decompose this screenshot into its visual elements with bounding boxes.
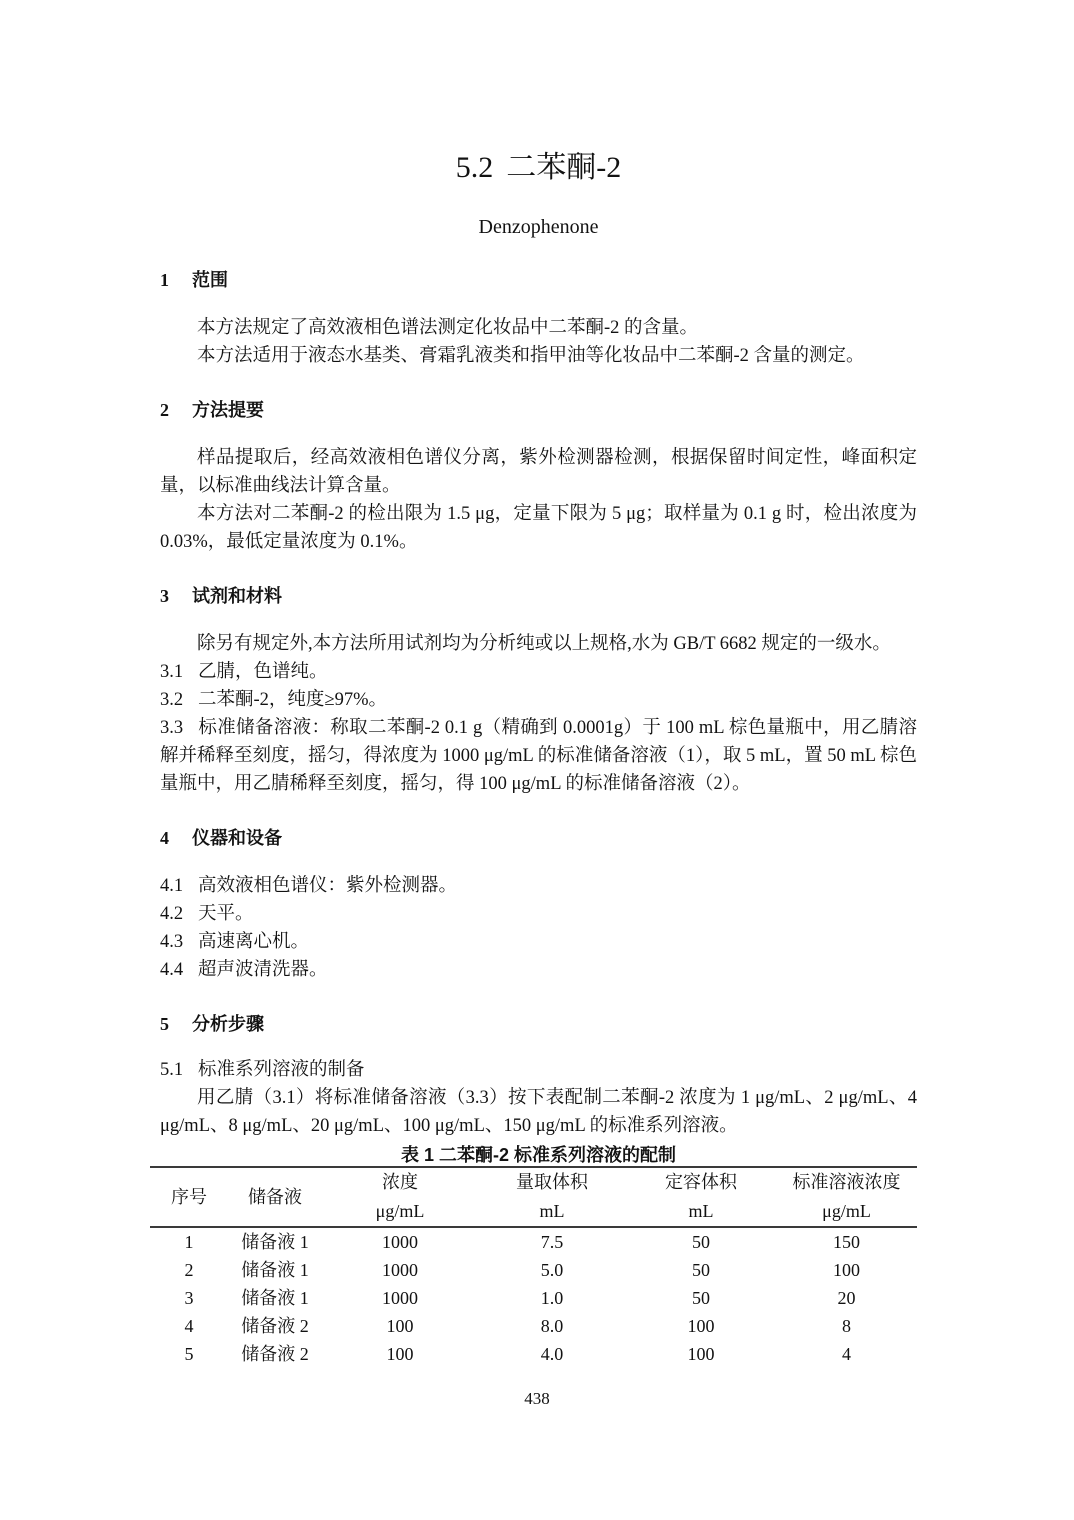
cell-standard-concentration: 8 bbox=[776, 1312, 917, 1340]
item-number: 3.3 bbox=[160, 714, 184, 742]
list-item: 3.2二苯酮-2，纯度≥97%。 bbox=[160, 686, 917, 714]
subsection-heading: 5.1标准系列溶液的制备 bbox=[160, 1056, 917, 1084]
column-unit-concentration: μg/mL bbox=[322, 1197, 478, 1227]
table-caption: 表 1 二苯酮-2 标准系列溶液的配制 bbox=[160, 1144, 917, 1166]
item-number: 4.2 bbox=[160, 900, 184, 928]
cell-volume-taken: 8.0 bbox=[478, 1312, 626, 1340]
page-title: 5.2二苯酮-2 bbox=[160, 148, 917, 188]
section-number: 5 bbox=[160, 1012, 178, 1036]
column-header-final-volume: 定容体积 bbox=[626, 1167, 776, 1197]
item-text: 乙腈，色谱纯。 bbox=[198, 662, 328, 682]
section-number: 1 bbox=[160, 268, 178, 292]
column-header-volume-taken: 量取体积 bbox=[478, 1167, 626, 1197]
paragraph: 本方法规定了高效液相色谱法测定化妆品中二苯酮-2 的含量。 bbox=[160, 314, 917, 342]
item-number: 3.2 bbox=[160, 686, 184, 714]
section-procedure-body: 5.1标准系列溶液的制备 用乙腈（3.1）将标准储备溶液（3.3）按下表配制二苯… bbox=[160, 1056, 917, 1140]
column-header-standard-concentration: 标准溶液浓度 bbox=[776, 1167, 917, 1197]
paragraph: 本方法对二苯酮-2 的检出限为 1.5 μg，定量下限为 5 μg；取样量为 0… bbox=[160, 500, 917, 556]
cell-final-volume: 50 bbox=[626, 1256, 776, 1284]
section-title: 范围 bbox=[192, 270, 228, 290]
column-header-concentration: 浓度 bbox=[322, 1167, 478, 1197]
list-item: 4.2天平。 bbox=[160, 900, 917, 928]
cell-final-volume: 100 bbox=[626, 1312, 776, 1340]
table-row: 4 储备液 2 100 8.0 100 8 bbox=[150, 1312, 917, 1340]
cell-concentration: 100 bbox=[322, 1340, 478, 1368]
item-text: 超声波清洗器。 bbox=[198, 960, 328, 980]
cell-final-volume: 50 bbox=[626, 1284, 776, 1312]
cell-index: 1 bbox=[150, 1227, 228, 1256]
cell-volume-taken: 5.0 bbox=[478, 1256, 626, 1284]
list-item: 4.4超声波清洗器。 bbox=[160, 956, 917, 984]
section-summary-body: 样品提取后，经高效液相色谱仪分离，紫外检测器检测，根据保留时间定性，峰面积定量，… bbox=[160, 444, 917, 556]
table-row: 5 储备液 2 100 4.0 100 4 bbox=[150, 1340, 917, 1368]
item-text: 高效液相色谱仪：紫外检测器。 bbox=[198, 876, 457, 896]
section-title: 分析步骤 bbox=[192, 1014, 264, 1034]
cell-standard-concentration: 150 bbox=[776, 1227, 917, 1256]
item-text: 天平。 bbox=[198, 904, 254, 924]
cell-stock: 储备液 2 bbox=[228, 1340, 322, 1368]
item-number: 3.1 bbox=[160, 658, 184, 686]
list-item: 4.1高效液相色谱仪：紫外检测器。 bbox=[160, 872, 917, 900]
document-page: 5.2二苯酮-2 Denzophenone 1范围 本方法规定了高效液相色谱法测… bbox=[0, 0, 1074, 1520]
section-number: 4 bbox=[160, 826, 178, 850]
cell-standard-concentration: 20 bbox=[776, 1284, 917, 1312]
item-text: 标准储备溶液：称取二苯酮-2 0.1 g（精确到 0.0001g）于 100 m… bbox=[160, 718, 917, 794]
cell-stock: 储备液 1 bbox=[228, 1227, 322, 1256]
table-row: 2 储备液 1 1000 5.0 50 100 bbox=[150, 1256, 917, 1284]
cell-standard-concentration: 4 bbox=[776, 1340, 917, 1368]
cell-index: 5 bbox=[150, 1340, 228, 1368]
cell-index: 4 bbox=[150, 1312, 228, 1340]
standard-series-table: 序号 储备液 浓度 量取体积 定容体积 标准溶液浓度 μg/mL mL mL μ… bbox=[150, 1166, 917, 1368]
item-number: 4.1 bbox=[160, 872, 184, 900]
column-unit-standard-concentration: μg/mL bbox=[776, 1197, 917, 1227]
section-heading-scope: 1范围 bbox=[160, 268, 917, 292]
section-title: 仪器和设备 bbox=[192, 828, 282, 848]
cell-concentration: 1000 bbox=[322, 1284, 478, 1312]
list-item: 3.3标准储备溶液：称取二苯酮-2 0.1 g（精确到 0.0001g）于 10… bbox=[160, 714, 917, 798]
list-item: 4.3高速离心机。 bbox=[160, 928, 917, 956]
page-number: 438 bbox=[0, 1388, 1074, 1410]
cell-concentration: 1000 bbox=[322, 1256, 478, 1284]
item-number: 4.4 bbox=[160, 956, 184, 984]
section-heading-procedure: 5分析步骤 bbox=[160, 1012, 917, 1036]
item-number: 4.3 bbox=[160, 928, 184, 956]
table-row: 1 储备液 1 1000 7.5 50 150 bbox=[150, 1227, 917, 1256]
section-reagents-body: 除另有规定外,本方法所用试剂均为分析纯或以上规格,水为 GB/T 6682 规定… bbox=[160, 630, 917, 798]
section-scope-body: 本方法规定了高效液相色谱法测定化妆品中二苯酮-2 的含量。 本方法适用于液态水基… bbox=[160, 314, 917, 370]
cell-concentration: 1000 bbox=[322, 1227, 478, 1256]
cell-final-volume: 100 bbox=[626, 1340, 776, 1368]
column-header-index: 序号 bbox=[150, 1167, 228, 1227]
cell-volume-taken: 1.0 bbox=[478, 1284, 626, 1312]
title-name: 二苯酮-2 bbox=[506, 151, 621, 184]
section-apparatus-body: 4.1高效液相色谱仪：紫外检测器。 4.2天平。 4.3高速离心机。 4.4超声… bbox=[160, 872, 917, 984]
subsection-number: 5.1 bbox=[160, 1056, 184, 1084]
table-header: 序号 储备液 浓度 量取体积 定容体积 标准溶液浓度 μg/mL mL mL μ… bbox=[150, 1167, 917, 1227]
title-number: 5.2 bbox=[456, 151, 494, 184]
cell-concentration: 100 bbox=[322, 1312, 478, 1340]
cell-stock: 储备液 2 bbox=[228, 1312, 322, 1340]
section-heading-summary: 2方法提要 bbox=[160, 398, 917, 422]
section-title: 方法提要 bbox=[192, 400, 264, 420]
paragraph: 本方法适用于液态水基类、膏霜乳液类和指甲油等化妆品中二苯酮-2 含量的测定。 bbox=[160, 342, 917, 370]
cell-volume-taken: 4.0 bbox=[478, 1340, 626, 1368]
cell-volume-taken: 7.5 bbox=[478, 1227, 626, 1256]
cell-final-volume: 50 bbox=[626, 1227, 776, 1256]
section-number: 2 bbox=[160, 398, 178, 422]
column-unit-final-volume: mL bbox=[626, 1197, 776, 1227]
subsection-title: 标准系列溶液的制备 bbox=[198, 1060, 365, 1080]
cell-stock: 储备液 1 bbox=[228, 1256, 322, 1284]
paragraph: 用乙腈（3.1）将标准储备溶液（3.3）按下表配制二苯酮-2 浓度为 1 μg/… bbox=[160, 1084, 917, 1140]
section-number: 3 bbox=[160, 584, 178, 608]
section-heading-apparatus: 4仪器和设备 bbox=[160, 826, 917, 850]
section-heading-reagents: 3试剂和材料 bbox=[160, 584, 917, 608]
paragraph: 样品提取后，经高效液相色谱仪分离，紫外检测器检测，根据保留时间定性，峰面积定量，… bbox=[160, 444, 917, 500]
page-subtitle: Denzophenone bbox=[160, 214, 917, 240]
cell-index: 2 bbox=[150, 1256, 228, 1284]
cell-index: 3 bbox=[150, 1284, 228, 1312]
paragraph: 除另有规定外,本方法所用试剂均为分析纯或以上规格,水为 GB/T 6682 规定… bbox=[160, 630, 917, 658]
document-content: 5.2二苯酮-2 Denzophenone 1范围 本方法规定了高效液相色谱法测… bbox=[160, 148, 917, 1368]
list-item: 3.1乙腈，色谱纯。 bbox=[160, 658, 917, 686]
column-header-stock: 储备液 bbox=[228, 1167, 322, 1227]
section-title: 试剂和材料 bbox=[192, 586, 282, 606]
cell-standard-concentration: 100 bbox=[776, 1256, 917, 1284]
item-text: 二苯酮-2，纯度≥97%。 bbox=[198, 690, 387, 710]
item-text: 高速离心机。 bbox=[198, 932, 309, 952]
cell-stock: 储备液 1 bbox=[228, 1284, 322, 1312]
column-unit-volume-taken: mL bbox=[478, 1197, 626, 1227]
table-row: 3 储备液 1 1000 1.0 50 20 bbox=[150, 1284, 917, 1312]
